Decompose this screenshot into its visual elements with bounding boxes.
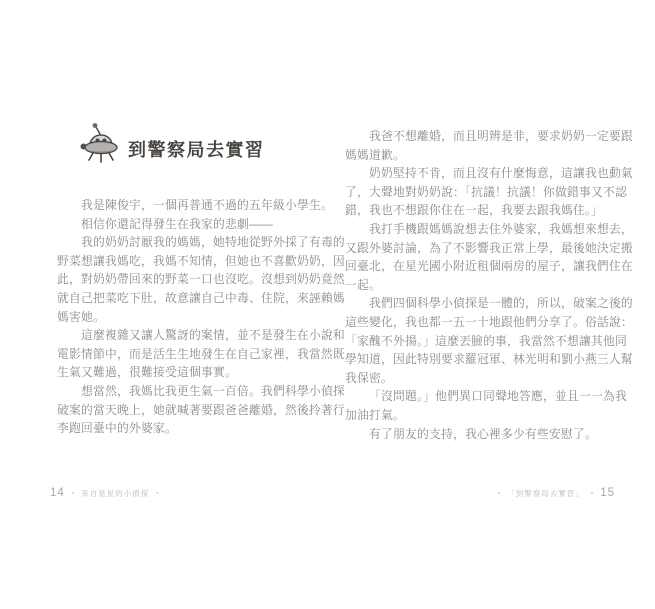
- text-line: 我是陳俊宇，一個再普通不過的五年級小學生。: [57, 196, 313, 215]
- text-line: 錯，我也不想跟你住在一起，我要去跟我媽住。」: [345, 201, 601, 220]
- left-page-footer: 14 ∘ 來自星星的小偵探 ∘: [50, 486, 160, 500]
- right-page-text: 我爸不想離婚，而且明辨是非，要求奶奶一定要跟媽媽道歉。奶奶堅持不肯，而且沒有什麼…: [345, 127, 601, 443]
- text-line: 此，對奶奶帶回來的野菜一口也沒吃。沒想到奶奶竟然: [57, 270, 313, 289]
- text-line: 我保密。: [345, 369, 601, 388]
- page-number-left: 14: [50, 487, 65, 499]
- text-line: 這些變化，我也都一五一十地跟他們分享了。俗話說：: [345, 313, 601, 332]
- footer-ornament: ∘: [497, 490, 501, 497]
- left-page-text: 我是陳俊宇，一個再普通不過的五年級小學生。相信你還記得發生在我家的悲劇——我的奶…: [57, 196, 313, 438]
- text-line: 一起。: [345, 276, 601, 295]
- text-line: 「家醜不外揚。」這麼丟臉的事，我當然不想讓其他同: [345, 332, 601, 351]
- text-line: 這麼複雜又讓人驚訝的案情，並不是發生在小說和: [57, 326, 313, 345]
- text-line: 我的奶奶討厭我的媽媽，她特地從野外採了有毒的: [57, 233, 313, 252]
- footer-ornament: ∘: [155, 490, 159, 497]
- text-line: 李跑回臺中的外婆家。: [57, 419, 313, 438]
- page-number-right: 15: [600, 487, 615, 499]
- footer-ornament: ∘: [590, 490, 594, 497]
- text-line: 破案的當天晚上，她就喊著要跟爸爸離婚，然後拎著行: [57, 401, 313, 420]
- text-line: 媽害她。: [57, 308, 313, 327]
- chapter-header: 到警察局去實習: [80, 120, 265, 164]
- text-line: 奶奶堅持不肯，而且沒有什麼悔意，這讓我也動氣: [345, 164, 601, 183]
- text-line: 生氣又難過，很難接受這個事實。: [57, 363, 313, 382]
- text-line: 有了朋友的支持，我心裡多少有些安慰了。: [345, 425, 601, 444]
- text-line: 加油打氣。: [345, 406, 601, 425]
- text-line: 野菜想讓我媽吃，我媽不知情，但她也不喜歡奶奶，因: [57, 252, 313, 271]
- text-line: 回臺北，在星光國小附近租個兩房的屋子，讓我們住在: [345, 257, 601, 276]
- text-line: 「沒問題。」他們異口同聲地答應，並且一一為我: [345, 387, 601, 406]
- footer-ornament: ∘: [71, 490, 75, 497]
- text-line: 想當然，我媽比我更生氣一百倍。我們科學小偵探: [57, 382, 313, 401]
- ufo-alien-icon: [80, 120, 120, 164]
- footer-series-title: 來自星星的小偵探: [81, 488, 149, 499]
- text-line: 就自己把菜吃下肚，故意讓自己中毒、住院，來誣賴媽: [57, 289, 313, 308]
- text-line: 相信你還記得發生在我家的悲劇——: [57, 215, 313, 234]
- chapter-title: 到警察局去實習: [128, 122, 265, 162]
- text-line: 學知道，因此特別要求羅冠軍、林光明和劉小燕三人幫: [345, 350, 601, 369]
- book-spread: 到警察局去實習 我是陳俊宇，一個再普通不過的五年級小學生。相信你還記得發生在我家…: [0, 0, 655, 609]
- text-line: 電影情節中，而是活生生地發生在自己家裡，我當然既: [57, 345, 313, 364]
- text-line: 我們四個科學小偵探是一體的，所以，破案之後的: [345, 294, 601, 313]
- text-line: 我爸不想離婚，而且明辨是非，要求奶奶一定要跟: [345, 127, 601, 146]
- right-page-footer: ∘ 「到警察局去實習」 ∘ 15: [497, 486, 615, 500]
- footer-chapter-title: 「到警察局去實習」: [507, 488, 584, 499]
- text-line: 我打手機跟媽媽說想去住外婆家，我媽想來想去，: [345, 220, 601, 239]
- text-line: 又跟外婆討論，為了不影響我正常上學，最後她決定搬: [345, 239, 601, 258]
- text-line: 媽媽道歉。: [345, 146, 601, 165]
- text-line: 了，大聲地對奶奶說：「抗議！抗議！你做錯事又不認: [345, 183, 601, 202]
